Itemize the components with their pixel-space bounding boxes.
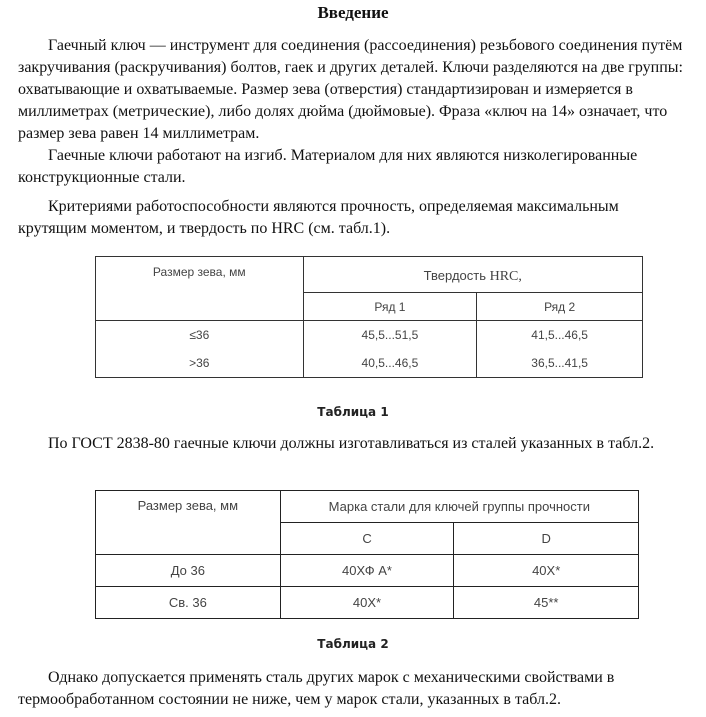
table1-subheader-row2: Ряд 2 xyxy=(477,293,643,321)
table1-caption: Таблица 1 xyxy=(0,405,706,419)
table1-subheader-row1: Ряд 1 xyxy=(303,293,477,321)
table1-cell-row2: 41,5...46,5 xyxy=(477,321,643,350)
table2-cell-size: До 36 xyxy=(96,555,281,587)
hardness-label: Твердость xyxy=(424,268,490,283)
table-row: Св. 36 40Х* 45** xyxy=(96,587,639,619)
table1-header-hardness: Твердость HRC, xyxy=(303,257,642,293)
steel-grade-table: Размер зева, мм Марка стали для ключей г… xyxy=(95,490,639,619)
table1-cell-row1: 45,5...51,5 xyxy=(303,321,477,350)
hrc-comma: , xyxy=(518,269,522,284)
table2-header-size: Размер зева, мм xyxy=(96,491,281,555)
paragraph-gost: По ГОСТ 2838-80 гаечные ключи должны изг… xyxy=(18,433,688,455)
paragraph-intro: Гаечный ключ — инструмент для соединения… xyxy=(18,35,688,145)
table2-subheader-c: С xyxy=(280,523,454,555)
table1-cell-row2: 36,5...41,5 xyxy=(477,349,643,378)
paragraph-bending: Гаечные ключи работают на изгиб. Материа… xyxy=(18,145,688,189)
table2-cell-size: Св. 36 xyxy=(96,587,281,619)
hardness-table: Размер зева, мм Твердость HRC, Ряд 1 Ряд… xyxy=(95,256,643,378)
table-row: ≤36 45,5...51,5 41,5...46,5 xyxy=(96,321,643,350)
paragraph-alternative-steel: Однако допускается применять сталь други… xyxy=(18,667,688,711)
table1-cell-row1: 40,5...46,5 xyxy=(303,349,477,378)
hrc-unit: HRC xyxy=(490,269,519,284)
table1-header-size: Размер зева, мм xyxy=(96,257,304,321)
table1-cell-size: ≤36 xyxy=(96,321,304,350)
paragraph-criteria: Критериями работоспособности являются пр… xyxy=(18,196,688,240)
table2-cell-c: 40ХФ А* xyxy=(280,555,454,587)
table1-cell-size: >36 xyxy=(96,349,304,378)
table2-cell-c: 40Х* xyxy=(280,587,454,619)
table-row: До 36 40ХФ А* 40Х* xyxy=(96,555,639,587)
table2-header-steel: Марка стали для ключей группы прочности xyxy=(280,491,638,523)
table2-subheader-d: D xyxy=(454,523,639,555)
table2-caption: Таблица 2 xyxy=(0,637,706,651)
table-row: >36 40,5...46,5 36,5...41,5 xyxy=(96,349,643,378)
section-title: Введение xyxy=(0,2,706,24)
table2-cell-d: 45** xyxy=(454,587,639,619)
table2-cell-d: 40Х* xyxy=(454,555,639,587)
